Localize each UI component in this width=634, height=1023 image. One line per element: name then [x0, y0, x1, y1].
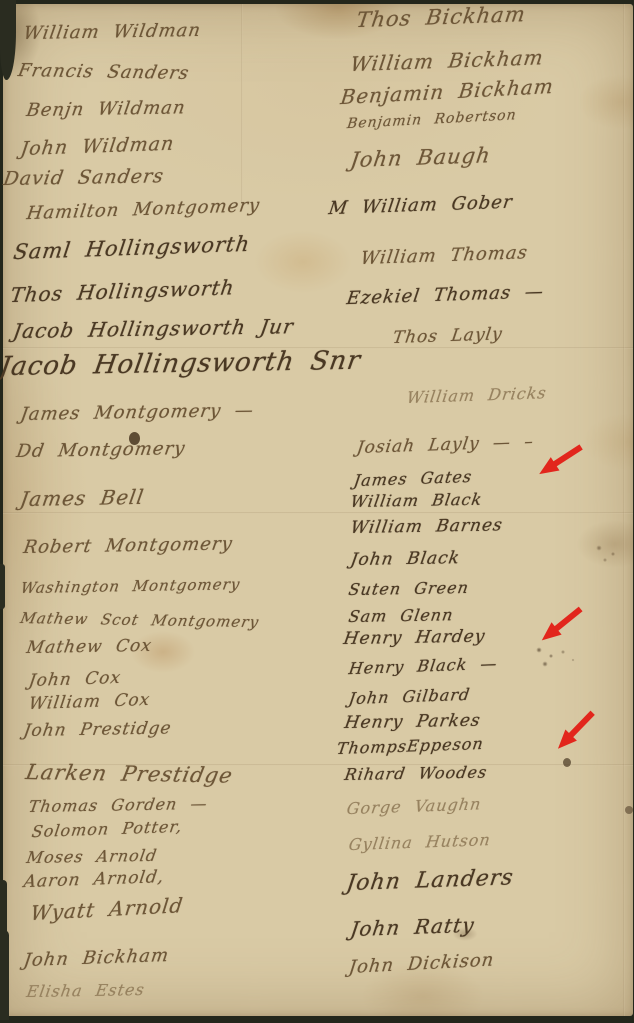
red-arrow-icon — [551, 704, 601, 755]
red-arrow-icon — [535, 600, 588, 648]
annotation-layer — [0, 0, 634, 1023]
scanned-document: William WildmanFrancis SandersBenjn Wild… — [0, 0, 634, 1023]
red-arrow-icon — [533, 438, 588, 483]
